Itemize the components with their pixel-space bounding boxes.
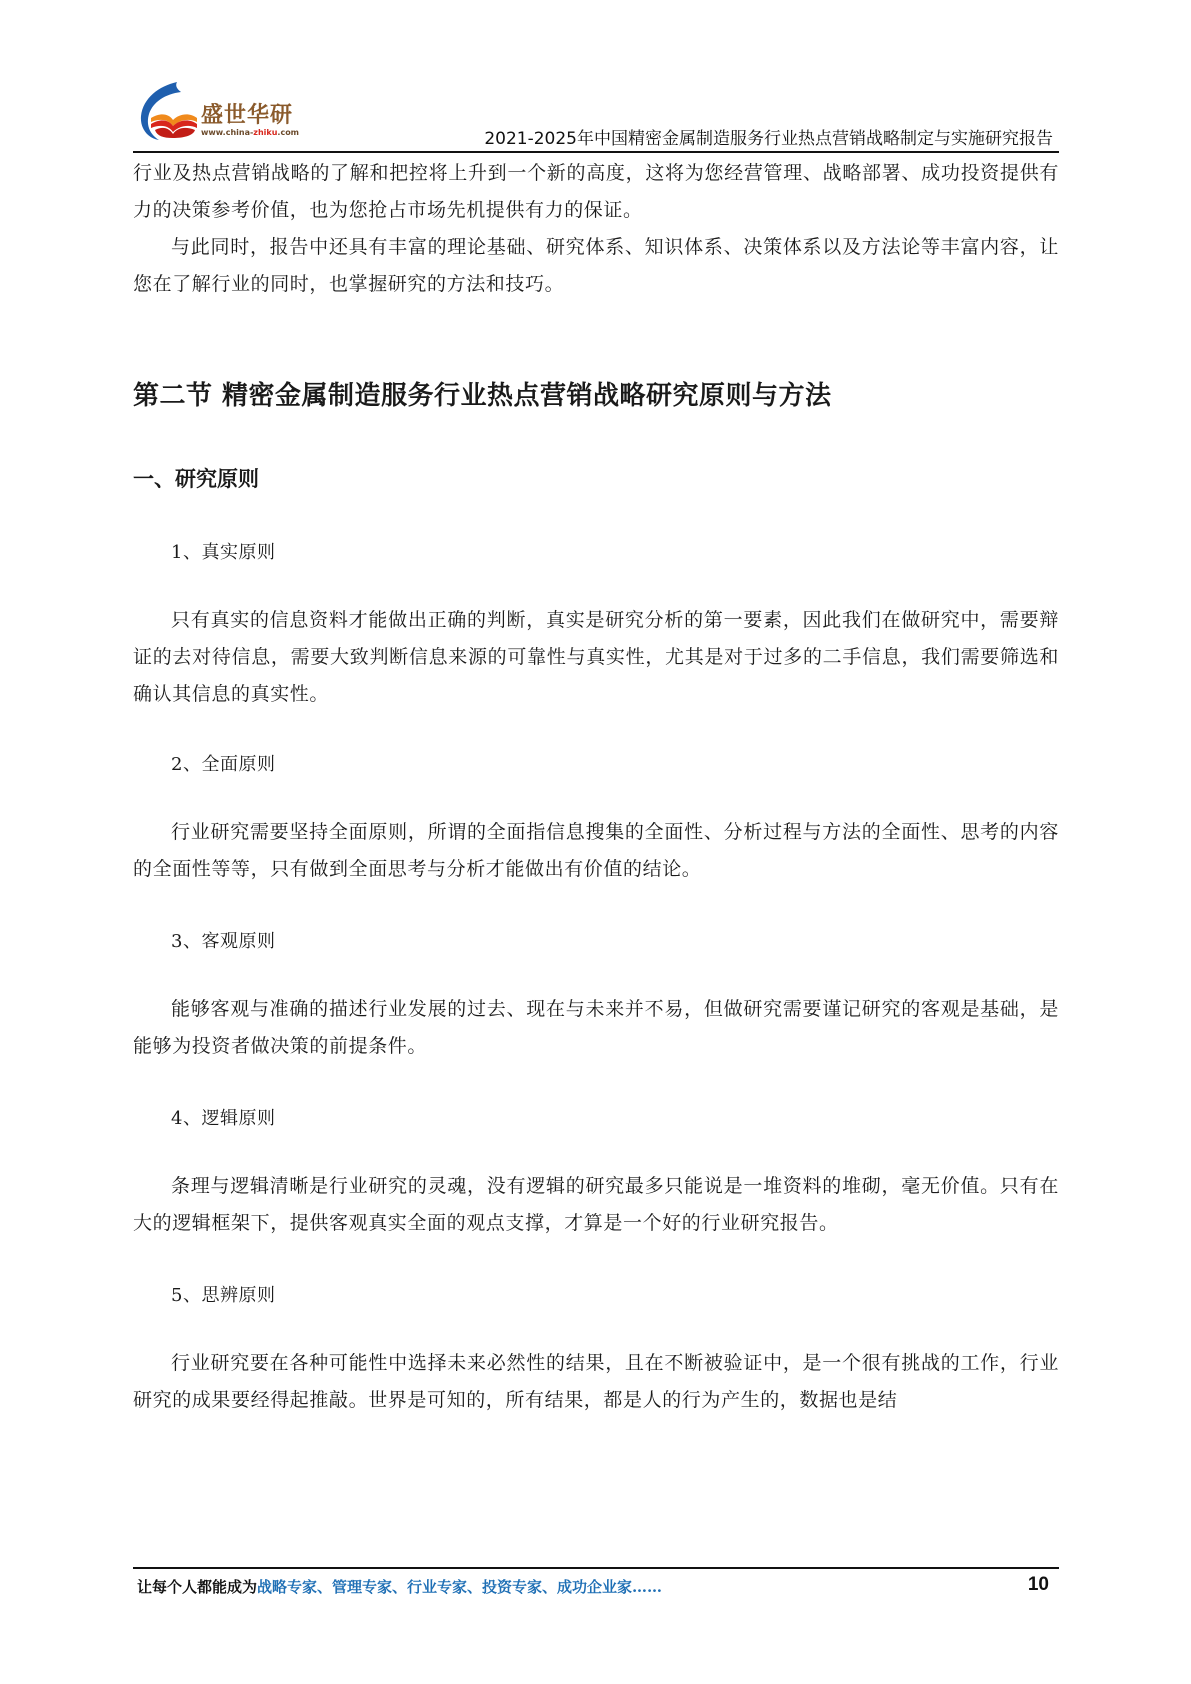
- intro-paragraph-1: 行业及热点营销战略的了解和把控将上升到一个新的高度，这将为您经营管理、战略部署、…: [133, 155, 1059, 229]
- principle-1-body: 只有真实的信息资料才能做出正确的判断，真实是研究分析的第一要素，因此我们在做研究…: [133, 602, 1059, 713]
- logo-url-highlight: zhiku: [253, 128, 277, 137]
- logo-name: 盛世华研: [201, 98, 293, 129]
- intro-block: 行业及热点营销战略的了解和把控将上升到一个新的高度，这将为您经营管理、战略部署、…: [133, 155, 1059, 303]
- report-title: 2021-2025年中国精密金属制造服务行业热点营销战略制定与实施研究报告: [484, 124, 1053, 149]
- book-logo-icon: [137, 80, 199, 142]
- principle-4-text: 条理与逻辑清晰是行业研究的灵魂，没有逻辑的研究最多只能说是一堆资料的堆砌，毫无价…: [133, 1168, 1059, 1242]
- footer-slogan-highlight: 战略专家、管理专家、行业专家、投资专家、成功企业家……: [257, 1578, 662, 1596]
- principle-4-title: 4、逻辑原则: [171, 1104, 275, 1130]
- page-number: 10: [1028, 1574, 1049, 1596]
- logo-url-suffix: .com: [277, 128, 299, 137]
- intro-paragraph-2: 与此同时，报告中还具有丰富的理论基础、研究体系、知识体系、决策体系以及方法论等丰…: [133, 229, 1059, 303]
- page-footer: 让每个人都能成为战略专家、管理专家、行业专家、投资专家、成功企业家…… 10: [133, 1576, 1059, 1600]
- footer-slogan: 让每个人都能成为战略专家、管理专家、行业专家、投资专家、成功企业家……: [137, 1576, 662, 1597]
- principle-5-text: 行业研究要在各种可能性中选择未来必然性的结果，且在不断被验证中，是一个很有挑战的…: [133, 1345, 1059, 1419]
- principle-2-text: 行业研究需要坚持全面原则，所谓的全面指信息搜集的全面性、分析过程与方法的全面性、…: [133, 814, 1059, 888]
- principle-5-body: 行业研究要在各种可能性中选择未来必然性的结果，且在不断被验证中，是一个很有挑战的…: [133, 1345, 1059, 1419]
- principle-3-text: 能够客观与准确的描述行业发展的过去、现在与未来并不易，但做研究需要谨记研究的客观…: [133, 991, 1059, 1065]
- principle-1-text: 只有真实的信息资料才能做出正确的判断，真实是研究分析的第一要素，因此我们在做研究…: [133, 602, 1059, 713]
- principle-4-body: 条理与逻辑清晰是行业研究的灵魂，没有逻辑的研究最多只能说是一堆资料的堆砌，毫无价…: [133, 1168, 1059, 1242]
- footer-divider: [133, 1567, 1059, 1569]
- section-title: 第二节 精密金属制造服务行业热点营销战略研究原则与方法: [133, 375, 832, 412]
- logo-url-prefix: www.china-: [201, 128, 253, 137]
- footer-slogan-prefix: 让每个人都能成为: [137, 1578, 257, 1596]
- header-divider: [133, 151, 1059, 153]
- page-header: 盛世华研 www.china-zhiku.com 2021-2025年中国精密金…: [133, 78, 1059, 150]
- principle-2-title: 2、全面原则: [171, 750, 275, 776]
- company-logo: 盛世华研 www.china-zhiku.com: [137, 78, 327, 144]
- logo-url: www.china-zhiku.com: [201, 128, 299, 137]
- subsection-title: 一、研究原则: [133, 463, 259, 493]
- principle-3-body: 能够客观与准确的描述行业发展的过去、现在与未来并不易，但做研究需要谨记研究的客观…: [133, 991, 1059, 1065]
- principle-1-title: 1、真实原则: [171, 538, 275, 564]
- principle-2-body: 行业研究需要坚持全面原则，所谓的全面指信息搜集的全面性、分析过程与方法的全面性、…: [133, 814, 1059, 888]
- principle-3-title: 3、客观原则: [171, 927, 275, 953]
- principle-5-title: 5、思辨原则: [171, 1281, 275, 1307]
